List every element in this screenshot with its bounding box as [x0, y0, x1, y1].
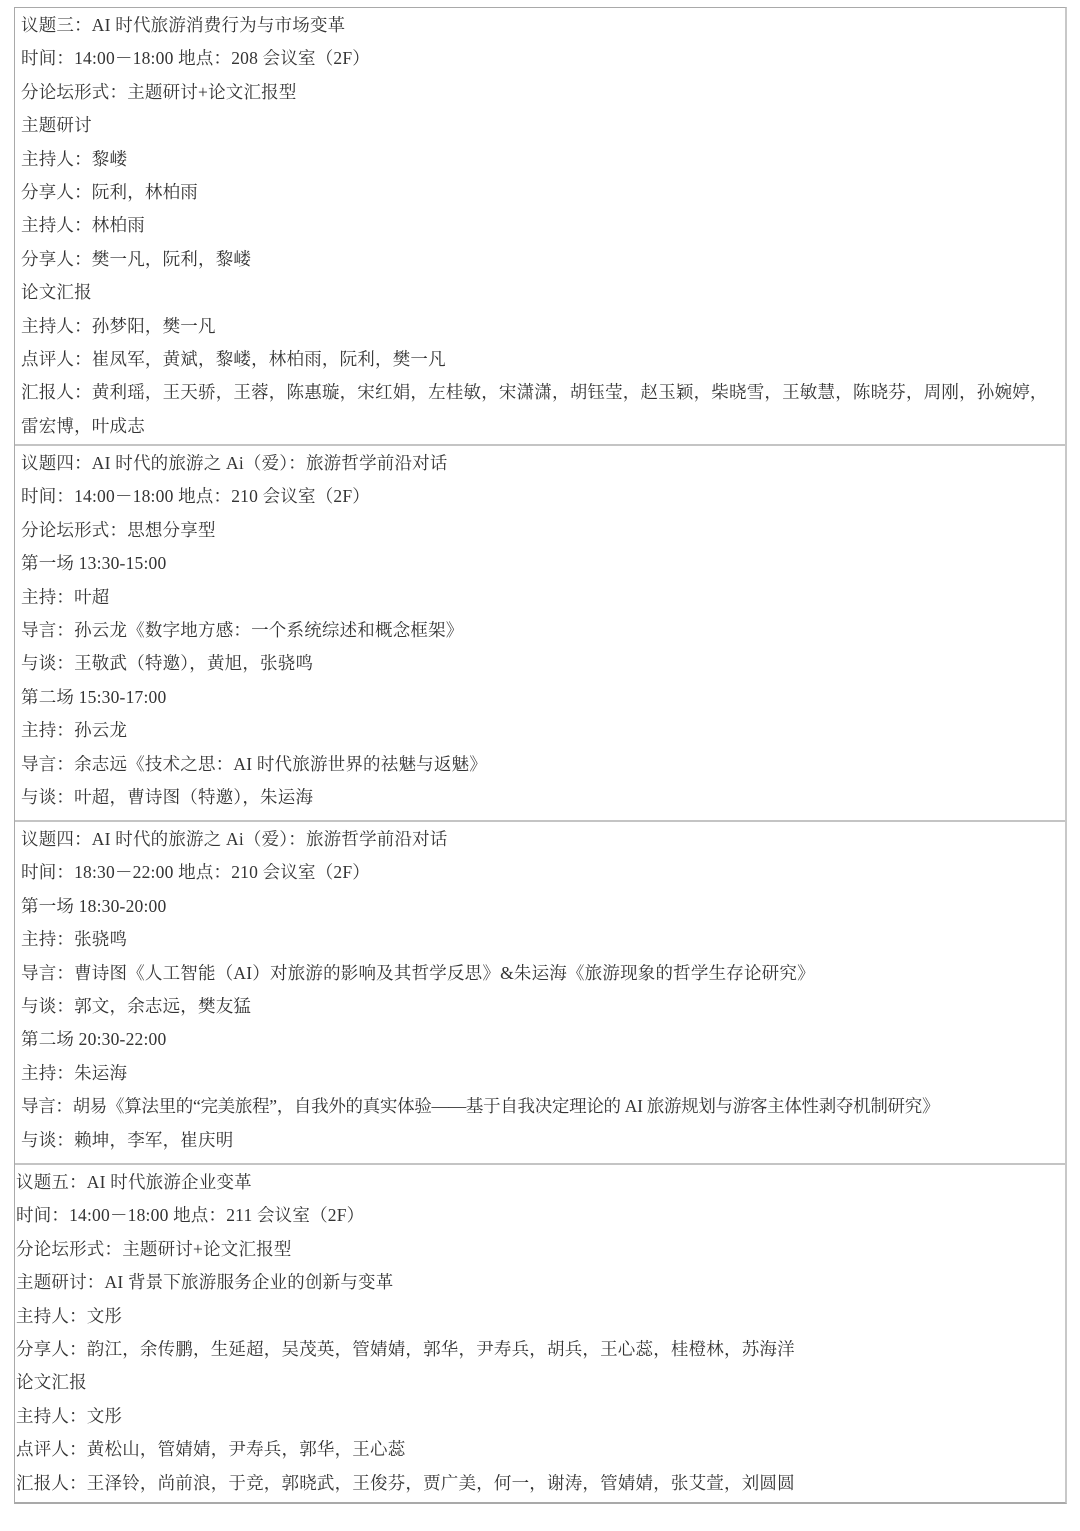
- presenters-line: 汇报人：黄利瑶，王天骄，王蓉，陈惠璇，宋红娟，左桂敏，宋潇潇，胡钰莹，赵玉颖，柴…: [21, 376, 1065, 443]
- session-format: 分论坛形式：思想分享型: [21, 514, 1065, 547]
- speakers-line: 分享人：阮利，林柏雨: [21, 176, 1065, 209]
- discussants-line: 与谈：郭文，余志远，樊友猛: [21, 990, 1065, 1023]
- session-title: 议题四：AI 时代的旅游之 Ai（爱）：旅游哲学前沿对话: [21, 823, 1065, 856]
- session-title: 议题四：AI 时代的旅游之 Ai（爱）：旅游哲学前沿对话: [21, 447, 1065, 480]
- reviewers-line: 点评人：崔凤军，黄斌，黎嵝，林柏雨，阮利，樊一凡: [21, 343, 1065, 376]
- presenters-line: 汇报人：王泽铃，尚前浪，于竞，郭晓武，王俊芬，贾广美，何一，谢涛，管婧婧，张艾萱…: [16, 1467, 1065, 1500]
- host-line: 主持人：孙梦阳，樊一凡: [21, 310, 1065, 343]
- schedule-table: 议题三：AI 时代旅游消费行为与市场变革 时间：14:00－18:00 地点：2…: [14, 7, 1067, 1504]
- host-line: 主持人：文彤: [16, 1300, 1065, 1333]
- session-time-location: 时间：14:00－18:00 地点：210 会议室（2F）: [21, 480, 1065, 513]
- discussants-line: 与谈：王敬武（特邀），黄旭，张骁鸣: [21, 647, 1065, 680]
- session-format: 分论坛形式：主题研讨+论文汇报型: [16, 1233, 1065, 1266]
- subsection-heading: 主题研讨：AI 背景下旅游服务企业的创新与变革: [16, 1266, 1065, 1299]
- discussants-line: 与谈：赖坤，李军，崔庆明: [21, 1124, 1065, 1157]
- session-time-location: 时间：18:30－22:00 地点：210 会议室（2F）: [21, 856, 1065, 889]
- round-heading: 第二场 15:30-17:00: [21, 681, 1065, 714]
- round-heading: 第二场 20:30-22:00: [21, 1023, 1065, 1056]
- speakers-line: 分享人：樊一凡，阮利，黎嵝: [21, 243, 1065, 276]
- host-line: 主持：叶超: [21, 581, 1065, 614]
- host-line: 主持人：文彤: [16, 1400, 1065, 1433]
- session-cell-topic-4-afternoon: 议题四：AI 时代的旅游之 Ai（爱）：旅游哲学前沿对话 时间：14:00－18…: [15, 446, 1065, 822]
- session-cell-topic-4-evening: 议题四：AI 时代的旅游之 Ai（爱）：旅游哲学前沿对话 时间：18:30－22…: [15, 822, 1065, 1165]
- discussants-line: 与谈：叶超，曹诗图（特邀），朱运海: [21, 781, 1065, 814]
- session-title: 议题三：AI 时代旅游消费行为与市场变革: [21, 9, 1065, 42]
- host-line: 主持：朱运海: [21, 1057, 1065, 1090]
- host-line: 主持：张骁鸣: [21, 923, 1065, 956]
- subsection-heading: 主题研讨: [21, 109, 1065, 142]
- host-line: 主持人：黎嵝: [21, 143, 1065, 176]
- subsection-heading: 论文汇报: [21, 276, 1065, 309]
- intro-talk-line: 导言：胡易《算法里的“完美旅程”，自我外的真实体验——基于自我决定理论的 AI …: [21, 1090, 1065, 1123]
- session-cell-topic-5: 议题五：AI 时代旅游企业变革 时间：14:00－18:00 地点：211 会议…: [15, 1165, 1065, 1502]
- reviewers-line: 点评人：黄松山，管婧婧，尹寿兵，郭华，王心蕊: [16, 1433, 1065, 1466]
- session-cell-topic-3: 议题三：AI 时代旅游消费行为与市场变革 时间：14:00－18:00 地点：2…: [15, 8, 1065, 446]
- speakers-line: 分享人：韵江，余传鹏，生延超，吴茂英，管婧婧，郭华，尹寿兵，胡兵，王心蕊，桂橙林…: [16, 1333, 1065, 1366]
- round-heading: 第一场 13:30-15:00: [21, 547, 1065, 580]
- session-title: 议题五：AI 时代旅游企业变革: [16, 1166, 1065, 1199]
- host-line: 主持：孙云龙: [21, 714, 1065, 747]
- intro-talk-line: 导言：曹诗图《人工智能（AI）对旅游的影响及其哲学反思》&朱运海《旅游现象的哲学…: [21, 957, 1065, 990]
- round-heading: 第一场 18:30-20:00: [21, 890, 1065, 923]
- session-time-location: 时间：14:00－18:00 地点：211 会议室（2F）: [16, 1199, 1065, 1232]
- session-format: 分论坛形式：主题研讨+论文汇报型: [21, 76, 1065, 109]
- subsection-heading: 论文汇报: [16, 1366, 1065, 1399]
- intro-talk-line: 导言：孙云龙《数字地方感：一个系统综述和概念框架》: [21, 614, 1065, 647]
- session-time-location: 时间：14:00－18:00 地点：208 会议室（2F）: [21, 42, 1065, 75]
- intro-talk-line: 导言：余志远《技术之思：AI 时代旅游世界的祛魅与返魅》: [21, 748, 1065, 781]
- host-line: 主持人：林柏雨: [21, 209, 1065, 242]
